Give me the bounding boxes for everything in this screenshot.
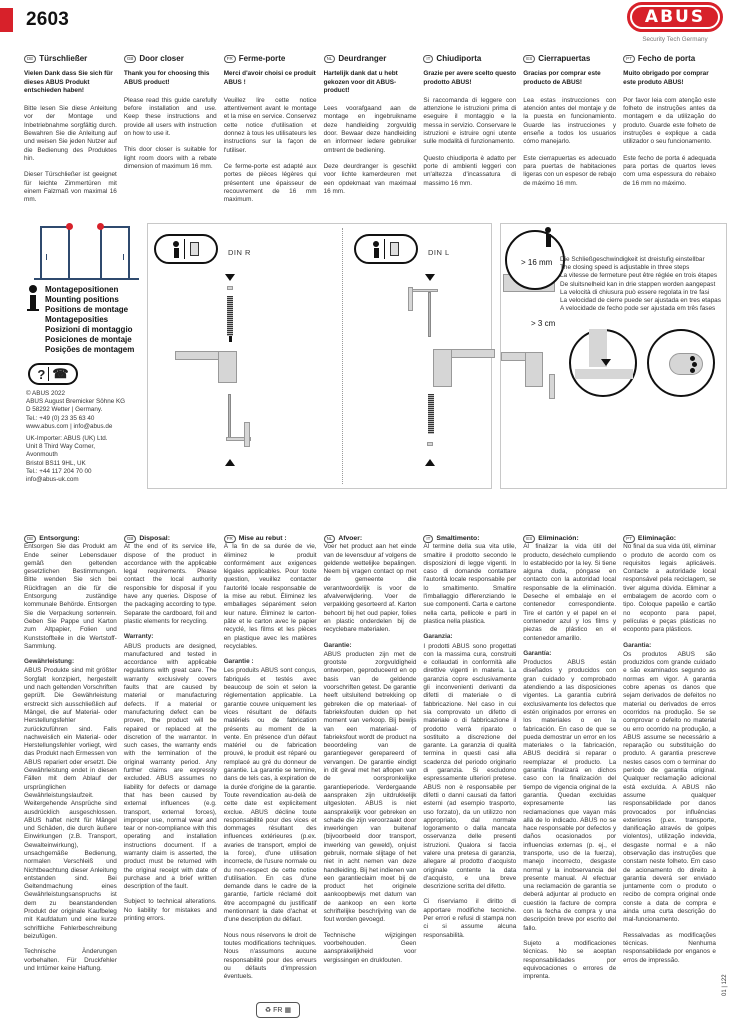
- lang-badge-icon: GB: [124, 535, 137, 543]
- intro-column-es: ESCierrapuertas Gracias por comprar este…: [523, 55, 616, 212]
- mount-point-icon: [97, 223, 104, 230]
- paragraph: Veuillez lire cette notice attentivement…: [224, 97, 317, 155]
- section-heading: ESCierrapuertas: [523, 55, 616, 63]
- uk-email-link[interactable]: info@abus-uk.com: [26, 476, 125, 484]
- lang-badge-icon: DE: [24, 55, 36, 63]
- din-assembly-panel: DIN R DIN L: [147, 223, 492, 489]
- warranty-text: Les produits ABUS sont conçus, fabriqués…: [224, 667, 317, 924]
- door-icon-right: [100, 226, 130, 278]
- section-heading: GBDoor closer: [124, 55, 217, 63]
- disposal-heading: PTEliminação:: [623, 535, 716, 543]
- dimension-3cm: > 3 cm: [531, 319, 555, 328]
- lang-badge-icon: FR: [224, 535, 236, 543]
- paragraph: Lea estas instrucciones con atención ant…: [523, 97, 616, 147]
- page-number: 01 | 122: [722, 974, 728, 996]
- paragraph: This door closer is suitable for light r…: [124, 146, 217, 171]
- model-number: 2603: [26, 9, 69, 31]
- intro-text: Gracias por comprar este producto de ABU…: [523, 70, 616, 87]
- section-heading: NLDeurdranger: [324, 55, 417, 63]
- warranty-heading: Garantie :: [224, 658, 317, 666]
- door-icon-left: [40, 226, 70, 278]
- disclaimer-text: Ressalvadas as modificações técnicas. Ne…: [623, 932, 716, 965]
- section-heading: DETürschließer: [24, 55, 117, 63]
- intro-column-fr: FRFerme-porte Merci d'avoir choisi ce pr…: [224, 55, 317, 212]
- abus-logo: ABUS Security Tech Germany: [627, 2, 723, 43]
- intro-text: Grazie per avere scelto questo prodotto …: [423, 70, 516, 87]
- section-heading: FRFerme-porte: [224, 55, 317, 63]
- legal-column-it: ITSmaltimento: Al termine della sua vita…: [423, 535, 516, 988]
- speed-valve-detail: [569, 329, 637, 397]
- paragraph: Questo chiudiporta è adatto per porte di…: [423, 155, 516, 188]
- info-icon: [27, 285, 39, 355]
- paragraph: Lees voorafgaand aan de montage en ingeb…: [324, 105, 417, 155]
- info-door-icon: [354, 234, 418, 264]
- warranty-heading: Garantía:: [523, 650, 616, 658]
- disposal-text: Al finalizar la vida útil del producto, …: [523, 543, 616, 643]
- bracket-part: [244, 422, 250, 447]
- warranty-text: Productos ABUS están diseñados y produci…: [523, 659, 616, 933]
- intro-column-pt: PTFecho de porta Muito obrigado por comp…: [623, 55, 716, 212]
- closing-speed-text: Die Schließgeschwindigkeit ist dreistufi…: [560, 256, 721, 313]
- intro-column-nl: NLDeurdranger Hartelijk dank dat u hebt …: [324, 55, 417, 212]
- disposal-text: At the end of its service life, dispose …: [124, 543, 217, 626]
- disposal-heading: NLAfvoer:: [324, 535, 417, 543]
- lang-badge-icon: FR: [224, 55, 236, 63]
- warranty-heading: Garanzia:: [423, 633, 516, 641]
- question-icon: ?: [37, 367, 45, 382]
- disposal-text: No final da sua vida útil, eliminar o pr…: [623, 543, 716, 634]
- info-door-icon: [154, 234, 218, 264]
- help-phone-icon: ?☎: [28, 363, 78, 385]
- mounting-positions-list: Montagepositionen Mounting positions Pos…: [45, 285, 134, 355]
- disclaimer-text: Technische Änderungen vorbehalten. Für D…: [24, 948, 117, 973]
- disposal-text: Al termine della sua vita utile, smaltir…: [423, 543, 516, 626]
- warranty-text: ABUS products are designed, manufactured…: [124, 643, 217, 892]
- intro-column-de: DETürschließer Vielen Dank dass Sie sich…: [24, 55, 117, 212]
- speed-adjust-knob-icon: [647, 329, 715, 397]
- intro-text: Merci d'avoir choisi ce produit ABUS !: [224, 70, 317, 87]
- disposal-text: Entsorgen Sie das Produkt am Ende seiner…: [24, 543, 117, 651]
- mounting-positions: Montagepositionen Mounting positions Pos…: [27, 285, 134, 355]
- warranty-heading: Warranty:: [124, 633, 217, 641]
- section-heading: PTFecho de porta: [623, 55, 716, 63]
- warranty-heading: Garantie:: [324, 642, 417, 650]
- lang-badge-icon: IT: [423, 535, 433, 543]
- red-tab-marker: [0, 8, 13, 32]
- disposal-heading: DEEntsorgung:: [24, 535, 117, 543]
- legal-column-de: DEEntsorgung: Entsorgen Sie das Produkt …: [24, 535, 117, 988]
- intro-text: Vielen Dank dass Sie sich für dieses ABU…: [24, 70, 117, 95]
- info-icon: [545, 227, 551, 247]
- lang-badge-icon: NL: [324, 535, 336, 543]
- paragraph: Deze deurdranger is geschikt voor lichte…: [324, 163, 417, 196]
- legal-column-es: ESEliminación: Al finalizar la vida útil…: [523, 535, 616, 988]
- spring-part: [227, 296, 233, 336]
- lang-badge-icon: ES: [523, 55, 535, 63]
- paragraph: Bitte lesen Sie diese Anleitung vor der …: [24, 105, 117, 163]
- din-l-label: DIN L: [428, 248, 450, 257]
- arrow-down-icon: [425, 274, 435, 281]
- rod-part: [228, 394, 231, 439]
- paragraph: Si raccomanda di leggere con attenzione …: [423, 97, 516, 147]
- mount-point-icon: [66, 223, 73, 230]
- disposal-heading: ESEliminación:: [523, 535, 616, 543]
- lang-badge-icon: GB: [124, 55, 137, 63]
- door-mounting-diagram: [34, 222, 139, 282]
- warranty-text: ABUS producten zijn met de grootste zorg…: [324, 651, 417, 925]
- intro-text: Thank you for choosing this ABUS product…: [124, 70, 217, 87]
- arrow-up-icon: [225, 459, 235, 466]
- paragraph: Este fecho de porta é adequada para port…: [623, 155, 716, 188]
- intro-columns: DETürschließer Vielen Dank dass Sie sich…: [24, 55, 716, 212]
- disclaimer-text: Sujeto a modificaciones técnicas. No se …: [523, 940, 616, 981]
- disposal-heading: ITSmaltimento:: [423, 535, 516, 543]
- disclaimer-text: Nous nous réservons le droit de toutes m…: [224, 932, 317, 982]
- lang-badge-icon: IT: [423, 55, 433, 63]
- lang-badge-icon: DE: [24, 535, 36, 543]
- warranty-heading: Gewährleistung:: [24, 658, 117, 666]
- disposal-text: À la fin de sa durée de vie, éliminez le…: [224, 543, 317, 651]
- contact-address: © ABUS 2022 ABUS August Bremicker Söhne …: [26, 390, 125, 484]
- divider: [342, 228, 343, 484]
- disposal-heading: GBDisposal:: [124, 535, 217, 543]
- lang-badge-icon: ES: [523, 535, 535, 543]
- recycling-triman-icon: ♻FR▦: [256, 1002, 300, 1018]
- rod-part: [428, 292, 431, 337]
- disclaimer-text: Ci riserviamo il diritto di apportare mo…: [423, 898, 516, 939]
- legal-column-pt: PTEliminação: No final da sua vida útil,…: [623, 535, 716, 988]
- lang-badge-icon: PT: [623, 535, 635, 543]
- intro-text: Hartelijk dank dat u hebt gekozen voor d…: [324, 70, 417, 95]
- lang-badge-icon: NL: [324, 55, 336, 63]
- disclaimer-text: Subject to technical alterations. No lia…: [124, 898, 217, 923]
- warranty-text: I prodotti ABUS sono progettati con la m…: [423, 643, 516, 892]
- legal-column-nl: NLAfvoer: Voer het product aan het einde…: [324, 535, 417, 988]
- intro-text: Muito obrigado por comprar este produto …: [623, 70, 716, 87]
- warranty-text: ABUS Produkte sind mit größter Sorgfalt …: [24, 667, 117, 941]
- disclaimer-text: Technische wijzigingen voorbehouden. Gee…: [324, 932, 417, 965]
- warranty-text: Os produtos ABUS são produzidos com gran…: [623, 651, 716, 925]
- telephone-icon: ☎: [52, 366, 68, 382]
- paragraph: Por favor leia com atenção este folheto …: [623, 97, 716, 147]
- brand-tagline: Security Tech Germany: [627, 36, 723, 43]
- paragraph: Dieser Türschließer ist geeignet für lei…: [24, 171, 117, 204]
- disposal-text: Voer het product aan het einde van de le…: [324, 543, 417, 634]
- legal-columns: DEEntsorgung: Entsorgen Sie das Produkt …: [24, 535, 716, 988]
- lang-badge-icon: PT: [623, 55, 635, 63]
- intro-column-gb: GBDoor closer Thank you for choosing thi…: [124, 55, 217, 212]
- section-heading: ITChiudiporta: [423, 55, 516, 63]
- warranty-heading: Garantia:: [623, 642, 716, 650]
- intro-column-it: ITChiudiporta Grazie per avere scelto qu…: [423, 55, 516, 212]
- dimension-16mm: > 16 mm: [521, 258, 552, 267]
- web-email-link[interactable]: www.abus.com | info@abus.de: [26, 423, 125, 431]
- paragraph: Ce ferme-porte est adapté aux portes de …: [224, 163, 317, 204]
- arrow-up-icon: [425, 459, 435, 466]
- spring-part: [428, 394, 434, 434]
- din-r-label: DIN R: [228, 248, 251, 257]
- arrow-down-icon: [225, 274, 235, 281]
- paragraph: Please read this guide carefully before …: [124, 97, 217, 138]
- paragraph: Este cierrapuertas es adecuado para puer…: [523, 155, 616, 188]
- legal-column-gb: GBDisposal: At the end of its service li…: [124, 535, 217, 988]
- legal-column-fr: FRMise au rebut : À la fin de sa durée d…: [224, 535, 317, 988]
- brand-name: ABUS: [632, 7, 718, 27]
